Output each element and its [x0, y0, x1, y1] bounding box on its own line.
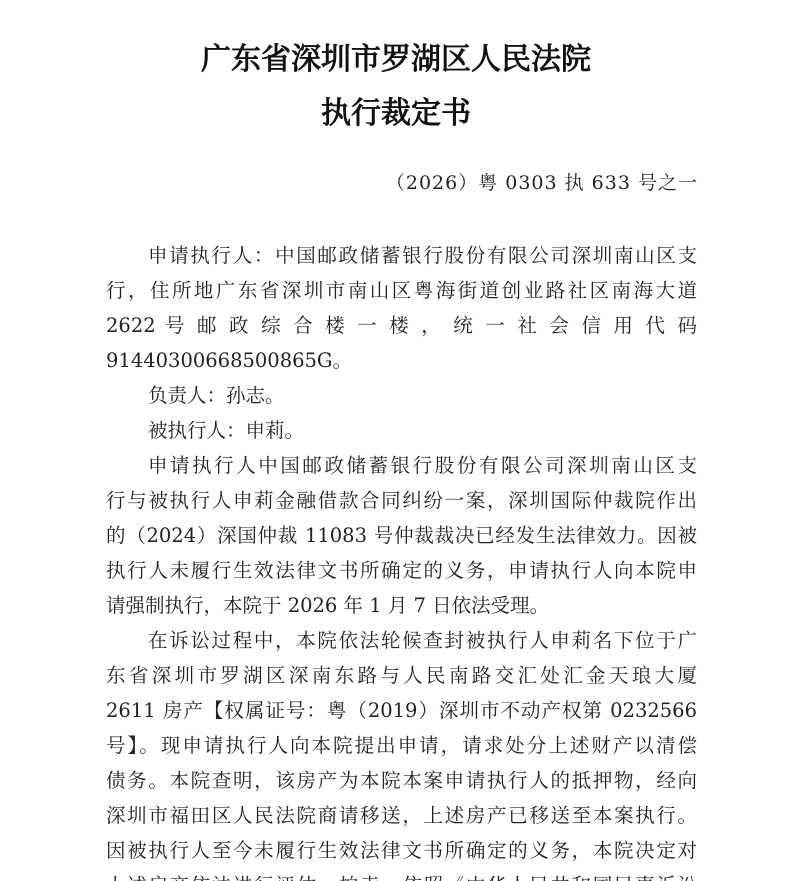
- text-line: 请强制执行，本院于 2026 年 1 月 7 日依法受理。: [106, 588, 697, 623]
- text-line: 的（2024）深国仲裁 11083 号仲裁裁决已经发生法律效力。因被: [106, 518, 697, 553]
- text-line: 号】。现申请执行人向本院提出申请，请求处分上述财产以清偿: [106, 728, 697, 763]
- text-line: 东省深圳市罗湖区深南东路与人民南路交汇处汇金天琅大厦: [106, 658, 697, 693]
- document-body: 申请执行人：中国邮政储蓄银行股份有限公司深圳南山区支 行，住所地广东省深圳市南山…: [106, 238, 697, 881]
- case-number: （2026）粤 0303 执 633 号之一: [386, 168, 698, 195]
- text-line: 执行人未履行生效法律文书所确定的义务，申请执行人向本院申: [106, 553, 697, 588]
- text-line: 申请执行人中国邮政储蓄银行股份有限公司深圳南山区支: [106, 448, 697, 483]
- document-type-title: 执行裁定书: [0, 88, 792, 132]
- text-line: 在诉讼过程中，本院依法轮候查封被执行人申莉名下位于广: [106, 623, 697, 658]
- respondent-line: 被执行人：申莉。: [106, 413, 697, 448]
- text-line-cut: 上述房产依法进行评估、拍卖。依照《中华人民共和国民事诉讼: [106, 868, 697, 881]
- text-line: 2611 房产【权属证号：粤（2019）深圳市不动产权第 0232566: [106, 693, 697, 728]
- text-line: 债务。本院查明，该房产为本院本案申请执行人的抵押物，经向: [106, 763, 697, 798]
- responsible-person-line: 负责人：孙志。: [106, 378, 697, 413]
- text-line: 91440300668500865G。: [106, 343, 697, 378]
- text-line: 深圳市福田区人民法院商请移送，上述房产已移送至本案执行。: [106, 798, 697, 833]
- text-line: 2622 号 邮 政 综 合 楼 一 楼 ， 统 一 社 会 信 用 代 码: [106, 308, 697, 343]
- court-name: 广东省深圳市罗湖区人民法院: [0, 34, 792, 78]
- text-line: 因被执行人至今未履行生效法律文书所确定的义务，本院决定对: [106, 833, 697, 868]
- text-line: 行与被执行人申莉金融借款合同纠纷一案，深圳国际仲裁院作出: [106, 483, 697, 518]
- text-line: 行，住所地广东省深圳市南山区粤海街道创业路社区南海大道: [106, 273, 697, 308]
- text-line: 申请执行人：中国邮政储蓄银行股份有限公司深圳南山区支: [106, 238, 697, 273]
